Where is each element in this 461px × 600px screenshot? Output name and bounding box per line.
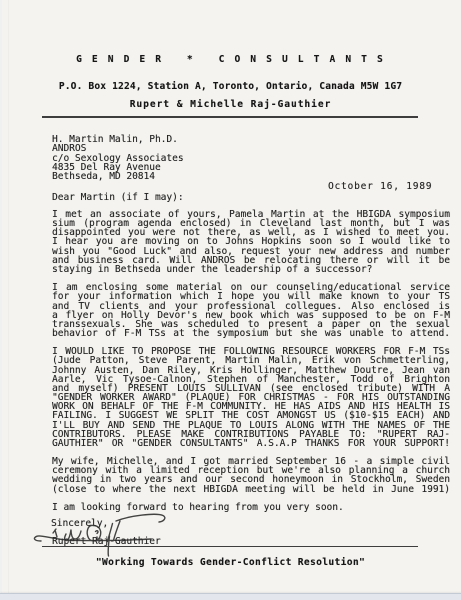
body-line: staying in Bethseda under the leadership…: [52, 265, 450, 274]
letterhead-rule: [42, 116, 418, 118]
paper-edge-left: [8, 0, 9, 600]
body-paragraph: I am enclosing some material on our coun…: [52, 283, 450, 338]
footer-rule: [42, 546, 418, 547]
recipient-line: Bethseda, MD 20814: [52, 172, 184, 181]
letter-date: October 16, 1989: [328, 181, 432, 192]
letter-body: I met an associate of yours, Pamela Mart…: [52, 210, 450, 521]
scan-edge-left: [0, 0, 2, 600]
body-paragraph: I WOULD LIKE TO PROPOSE THE FOLLOWING RE…: [52, 347, 450, 448]
footer-tagline: "Working Towards Gender-Conflict Resolut…: [0, 557, 461, 568]
handwritten-signature-icon: [30, 508, 220, 563]
body-paragraph: My wife, Michelle, and I got married Sep…: [52, 457, 450, 494]
body-line: behavior of F-M TSs at the symposium but…: [52, 329, 450, 338]
letterhead-names: Rupert & Michelle Raj-Gauthier: [0, 99, 461, 110]
body-line: (close to where the next HBIGDA meeting …: [52, 485, 450, 494]
scanned-letter-page: { "letterhead": { "title": "G E N D E R …: [0, 0, 461, 600]
recipient-block: H. Martin Malin, Ph.D.ANDROSc/o Sexology…: [52, 135, 184, 181]
body-line: GAUTHIER" OR "GENDER CONSULTANTS" A.S.A.…: [52, 439, 450, 448]
salutation: Dear Martin (if I may):: [52, 192, 184, 203]
letterhead-title: G E N D E R * C O N S U L T A N T S: [0, 54, 461, 65]
scan-edge-bottom: [0, 593, 461, 600]
letterhead-address: P.O. Box 1224, Station A, Toronto, Ontar…: [0, 81, 461, 92]
body-paragraph: I met an associate of yours, Pamela Mart…: [52, 210, 450, 274]
